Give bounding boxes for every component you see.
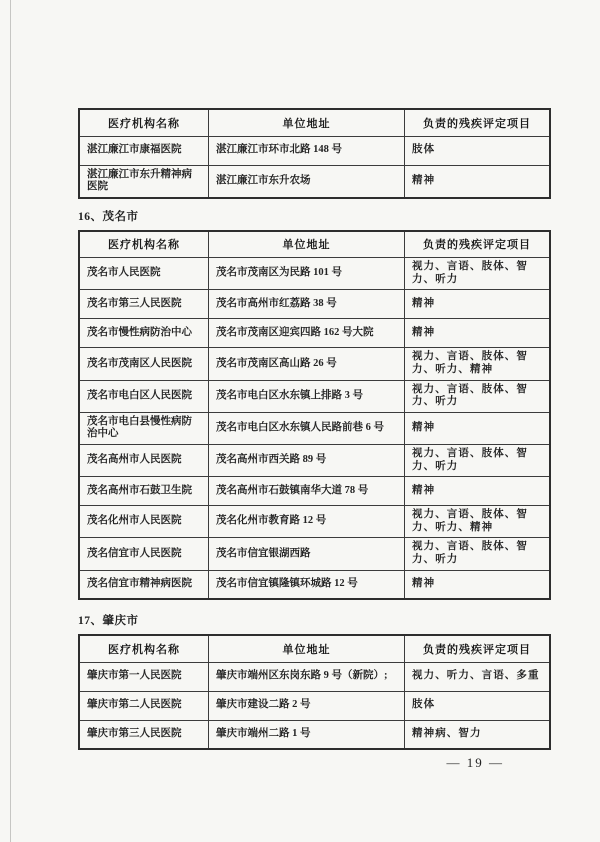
assessment-items-cell: 精神 [405,290,551,319]
table-row: 湛江廉江市康福医院湛江廉江市环市北路 148 号肢体 [79,136,550,165]
table-row: 茂名市电白区人民医院茂名市电白区水东镇上排路 3 号视力、言语、肢体、智力、听力 [79,380,550,412]
assessment-items-cell: 肢体 [405,691,551,720]
table-row: 茂名信宜市人民医院茂名市信宜银湖西路视力、言语、肢体、智力、听力 [79,538,550,570]
assessment-items-cell: 精神 [405,165,551,198]
institution-name-cell: 茂名市慢性病防治中心 [79,319,209,348]
institution-name-cell: 茂名市第三人民医院 [79,290,209,319]
table-row: 茂名市第三人民医院茂名市高州市红荔路 38 号精神 [79,290,550,319]
address-cell: 肇庆市端州二路 1 号 [209,720,405,749]
column-header-1: 单位地址 [209,635,405,662]
column-header-2: 负责的残疾评定项目 [405,109,551,136]
column-header-2: 负责的残疾评定项目 [405,635,551,662]
address-cell: 湛江廉江市东升农场 [209,165,405,198]
address-cell: 茂名市电白区水东镇人民路前巷 6 号 [209,412,405,444]
table-header-row: 医疗机构名称单位地址负责的残疾评定项目 [79,635,550,662]
table-row: 茂名高州市石鼓卫生院茂名高州市石鼓镇南华大道 78 号精神 [79,477,550,506]
assessment-items-cell: 视力、言语、肢体、智力、听力 [405,258,551,290]
hospital-table-zhaoqing: 医疗机构名称单位地址负责的残疾评定项目肇庆市第一人民医院肇庆市端州区东岗东路 9… [78,634,551,750]
address-cell: 茂名市茂南区迎宾四路 162 号大院 [209,319,405,348]
institution-name-cell: 茂名高州市石鼓卫生院 [79,477,209,506]
table-row: 肇庆市第一人民医院肇庆市端州区东岗东路 9 号（新院）;视力、听力、言语、多重 [79,662,550,691]
institution-name-cell: 茂名市电白区人民医院 [79,380,209,412]
table-row: 茂名市人民医院茂名市茂南区为民路 101 号视力、言语、肢体、智力、听力 [79,258,550,290]
table-row: 肇庆市第三人民医院肇庆市端州二路 1 号精神病、智力 [79,720,550,749]
institution-name-cell: 肇庆市第二人民医院 [79,691,209,720]
table-row: 茂名化州市人民医院茂名化州市教育路 12 号视力、言语、肢体、智力、听力、精神 [79,506,550,538]
address-cell: 茂名市茂南区为民路 101 号 [209,258,405,290]
address-cell: 茂名市茂南区高山路 26 号 [209,348,405,380]
address-cell: 茂名高州市西关路 89 号 [209,444,405,476]
page-number: — 19 — [447,755,505,771]
assessment-items-cell: 视力、听力、言语、多重 [405,662,551,691]
assessment-items-cell: 精神 [405,319,551,348]
address-cell: 肇庆市建设二路 2 号 [209,691,405,720]
assessment-items-cell: 精神病、智力 [405,720,551,749]
hospital-table-maoming: 医疗机构名称单位地址负责的残疾评定项目茂名市人民医院茂名市茂南区为民路 101 … [78,230,551,600]
institution-name-cell: 湛江廉江市东升精神病医院 [79,165,209,198]
institution-name-cell: 茂名化州市人民医院 [79,506,209,538]
table-row: 湛江廉江市东升精神病医院湛江廉江市东升农场精神 [79,165,550,198]
hospital-table-continuation: 医疗机构名称单位地址负责的残疾评定项目湛江廉江市康福医院湛江廉江市环市北路 14… [78,108,551,199]
address-cell: 茂名市电白区水东镇上排路 3 号 [209,380,405,412]
table-row: 茂名市茂南区人民医院茂名市茂南区高山路 26 号视力、言语、肢体、智力、听力、精… [79,348,550,380]
institution-name-cell: 茂名信宜市人民医院 [79,538,209,570]
table-row: 茂名高州市人民医院茂名高州市西关路 89 号视力、言语、肢体、智力、听力 [79,444,550,476]
address-cell: 湛江廉江市环市北路 148 号 [209,136,405,165]
section-heading-maoming: 16、茂名市 [78,199,521,230]
institution-name-cell: 茂名市茂南区人民医院 [79,348,209,380]
address-cell: 茂名市高州市红荔路 38 号 [209,290,405,319]
table-row: 茂名信宜市精神病医院茂名市信宜镇隆镇环城路 12 号精神 [79,570,550,599]
column-header-0: 医疗机构名称 [79,231,209,258]
column-header-0: 医疗机构名称 [79,635,209,662]
scan-edge-line [10,0,11,842]
column-header-1: 单位地址 [209,109,405,136]
assessment-items-cell: 精神 [405,570,551,599]
column-header-2: 负责的残疾评定项目 [405,231,551,258]
assessment-items-cell: 视力、言语、肢体、智力、听力 [405,380,551,412]
assessment-items-cell: 视力、言语、肢体、智力、听力、精神 [405,348,551,380]
table-header-row: 医疗机构名称单位地址负责的残疾评定项目 [79,109,550,136]
assessment-items-cell: 精神 [405,412,551,444]
institution-name-cell: 肇庆市第一人民医院 [79,662,209,691]
assessment-items-cell: 精神 [405,477,551,506]
document-page: 医疗机构名称单位地址负责的残疾评定项目湛江廉江市康福医院湛江廉江市环市北路 14… [0,0,600,842]
assessment-items-cell: 视力、言语、肢体、智力、听力、精神 [405,506,551,538]
column-header-0: 医疗机构名称 [79,109,209,136]
institution-name-cell: 肇庆市第三人民医院 [79,720,209,749]
document-content: 医疗机构名称单位地址负责的残疾评定项目湛江廉江市康福医院湛江廉江市环市北路 14… [78,108,521,750]
institution-name-cell: 茂名高州市人民医院 [79,444,209,476]
address-cell: 肇庆市端州区东岗东路 9 号（新院）; [209,662,405,691]
table-header-row: 医疗机构名称单位地址负责的残疾评定项目 [79,231,550,258]
assessment-items-cell: 视力、言语、肢体、智力、听力 [405,538,551,570]
institution-name-cell: 湛江廉江市康福医院 [79,136,209,165]
table-row: 茂名市慢性病防治中心茂名市茂南区迎宾四路 162 号大院精神 [79,319,550,348]
address-cell: 茂名高州市石鼓镇南华大道 78 号 [209,477,405,506]
institution-name-cell: 茂名信宜市精神病医院 [79,570,209,599]
institution-name-cell: 茂名市人民医院 [79,258,209,290]
assessment-items-cell: 肢体 [405,136,551,165]
assessment-items-cell: 视力、言语、肢体、智力、听力 [405,444,551,476]
institution-name-cell: 茂名市电白县慢性病防治中心 [79,412,209,444]
table-row: 肇庆市第二人民医院肇庆市建设二路 2 号肢体 [79,691,550,720]
column-header-1: 单位地址 [209,231,405,258]
address-cell: 茂名化州市教育路 12 号 [209,506,405,538]
table-row: 茂名市电白县慢性病防治中心茂名市电白区水东镇人民路前巷 6 号精神 [79,412,550,444]
address-cell: 茂名市信宜镇隆镇环城路 12 号 [209,570,405,599]
section-heading-zhaoqing: 17、肇庆市 [78,600,521,634]
address-cell: 茂名市信宜银湖西路 [209,538,405,570]
